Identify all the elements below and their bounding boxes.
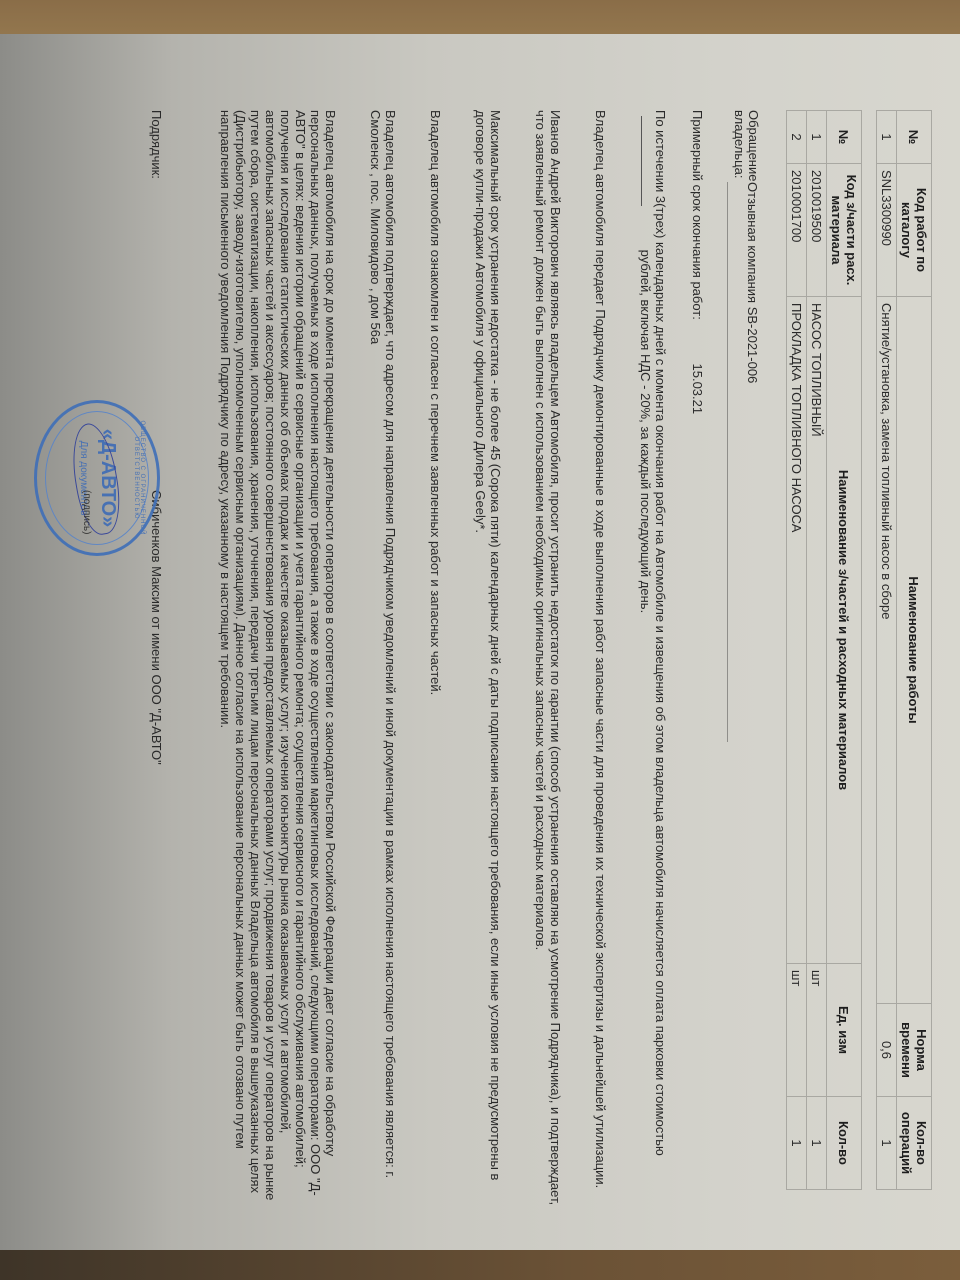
col-header-operations: Кол-во операций (897, 1097, 932, 1190)
signature-section: Подрядчик: Сибиченков Максим от имени ОО… (149, 110, 164, 1220)
cell-unit: шт (787, 964, 807, 1097)
appeal-section: Обращение владельца: Отзывная компания S… (732, 110, 760, 1220)
cell-operations: 1 (877, 1097, 897, 1190)
parts-table-header: № Код з/части расх. материала Наименован… (827, 111, 862, 1190)
cell-unit: шт (807, 964, 827, 1097)
background-surface-bottom (0, 1250, 960, 1280)
completion-date: 15.03.21 (690, 364, 705, 415)
cell-number: 1 (807, 111, 827, 164)
appeal-underline (727, 182, 728, 742)
parking-text-a: По истечении 3(трех) календарных дней с … (653, 110, 668, 1156)
appeal-label: Обращение владельца: (732, 110, 760, 170)
parking-text-b: рублей, включая НДС - 20%, за каждый пос… (638, 250, 653, 614)
acknowledged-paragraph: Владелец автомобиля ознакомлен и согласе… (428, 110, 443, 1220)
parts-transfer-paragraph: Владелец автомобиля передает Подрядчику … (593, 110, 608, 1220)
signature-caption: (подпись) (81, 490, 92, 534)
table-row: 1 2010019500 НАСОС ТОПЛИВНЫЙ шт 1 (807, 111, 827, 1190)
col-header-number: № (897, 111, 932, 164)
contractor-label: Подрядчик: (149, 110, 164, 490)
consent-paragraph: Владелец автомобиля на срок до момента п… (218, 110, 338, 1220)
cell-number: 2 (787, 111, 807, 164)
cell-time-norm: 0,6 (877, 1004, 897, 1097)
works-table: № Код работ по каталогу Наименование раб… (876, 110, 932, 1190)
stamp-ring-text: ОБЩЕСТВО С ОГРАНИЧЕННОЙ ОТВЕТСТВЕННОСТЬЮ (133, 403, 145, 553)
col-header-number: № (827, 111, 862, 164)
cell-work-name: Снятие/установка, замена топливный насос… (877, 297, 897, 1004)
max-term-paragraph: Максимальный срок устранения недостатка … (473, 110, 503, 1220)
col-header-unit: Ед. изм (827, 964, 862, 1097)
cell-quantity: 1 (787, 1097, 807, 1190)
parts-table: № Код з/части расх. материала Наименован… (786, 110, 862, 1190)
cell-work-code: SNL3300990 (877, 164, 897, 297)
parking-paragraph: По истечении 3(трех) календарных дней с … (638, 110, 668, 1220)
cell-part-name: НАСОС ТОПЛИВНЫЙ (807, 297, 827, 964)
document-page: № Код работ по каталогу Наименование раб… (20, 70, 960, 1250)
address-paragraph: Владелец автомобиля подтверждает, что ад… (368, 110, 398, 1220)
contractor-name: Сибиченков Максим от имени ООО "Д-АВТО" (149, 490, 164, 765)
company-stamp: ОБЩЕСТВО С ОГРАНИЧЕННОЙ ОТВЕТСТВЕННОСТЬЮ… (34, 400, 160, 556)
col-header-work-name: Наименование работы (897, 297, 932, 1004)
col-header-part-code: Код з/части расх. материала (827, 164, 862, 297)
cell-quantity: 1 (807, 1097, 827, 1190)
owner-request-paragraph: Иванов Андрей Викторович являясь владель… (533, 110, 563, 1220)
works-table-header: № Код работ по каталогу Наименование раб… (897, 111, 932, 1190)
completion-line: Примерный срок окончания работ: 15.03.21 (690, 110, 705, 1220)
cell-part-code: 2010019500 (807, 164, 827, 297)
col-header-work-code: Код работ по каталогу (897, 164, 932, 297)
col-header-quantity: Кол-во (827, 1097, 862, 1190)
table-row: 1 SNL3300990 Снятие/установка, замена то… (877, 111, 897, 1190)
cell-part-name: ПРОКЛАДКА ТОПЛИВНОГО НАСОСА (787, 297, 807, 964)
cell-part-code: 2010001700 (787, 164, 807, 297)
col-header-time-norm: Норма времени (897, 1004, 932, 1097)
appeal-value: Отзывная компания SB-2021-006 (745, 182, 760, 383)
col-header-part-name: Наименование з/частей и расходных матери… (827, 297, 862, 964)
cell-number: 1 (877, 111, 897, 164)
completion-label: Примерный срок окончания работ: (690, 110, 705, 320)
parking-amount-blank (641, 116, 642, 206)
table-row: 2 2010001700 ПРОКЛАДКА ТОПЛИВНОГО НАСОСА… (787, 111, 807, 1190)
